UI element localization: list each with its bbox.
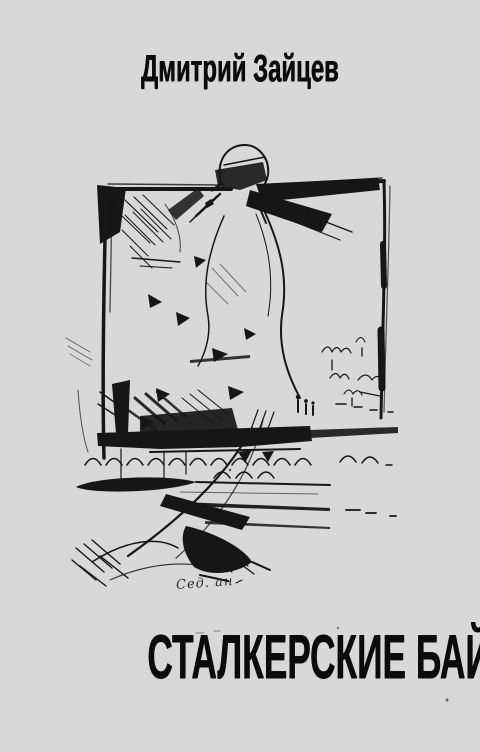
book-title: СТАЛКЕРСКИЕ БАЙКИ — [147, 627, 480, 689]
author-block: Дмитрий Зайцев — [0, 50, 480, 88]
author-name: Дмитрий Зайцев — [141, 50, 339, 88]
book-cover: Дмитрий Зайцев Сед. ан СТАЛКЕРСКИЕ БАЙКИ — [0, 0, 480, 752]
title-block: СТАЛКЕРСКИЕ БАЙКИ — [0, 627, 480, 689]
sketch-frame — [97, 178, 398, 458]
